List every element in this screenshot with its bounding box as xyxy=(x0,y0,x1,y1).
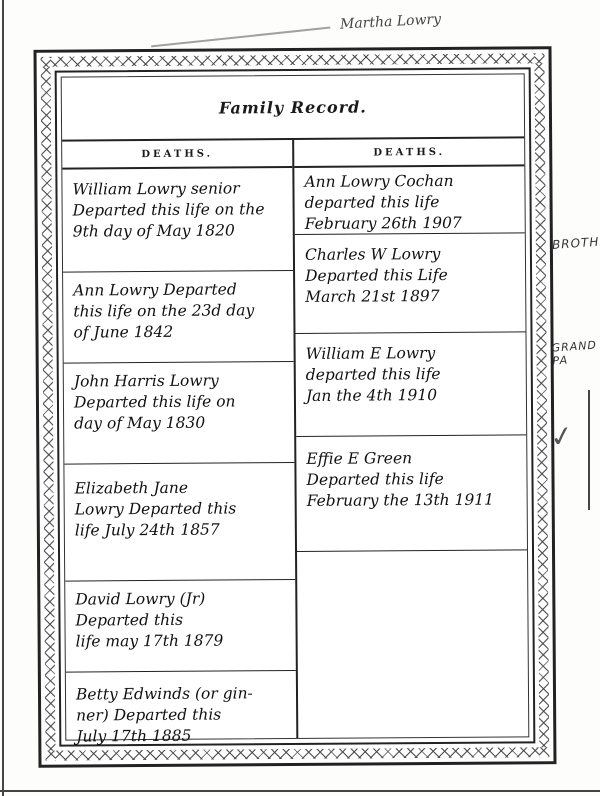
entry-line: day of May 1830 xyxy=(74,412,286,434)
entry-line: Departed this life on xyxy=(74,391,286,413)
adjacent-page-edge xyxy=(588,390,600,510)
entry-line: of June 1842 xyxy=(73,321,285,343)
entry-line: life July 24th 1857 xyxy=(75,519,287,541)
entry-line: Betty Edwinds (or gin- xyxy=(76,683,288,705)
entry-line: Ann Lowry Cochan xyxy=(304,170,516,192)
entry-line: Jan the 4th 1910 xyxy=(306,384,518,406)
death-entry: Ann Lowry Departed this life on the 23d … xyxy=(63,271,294,364)
record-columns: DEATHS. William Lowry senior Departed th… xyxy=(62,138,528,739)
death-entry: William E Lowry departed this life Jan t… xyxy=(295,332,526,437)
crossed-out-annotation xyxy=(150,13,331,48)
record-title: Family Record. xyxy=(62,74,524,141)
family-record-frame: Family Record. DEATHS. William Lowry sen… xyxy=(34,46,557,768)
entry-line: William E Lowry xyxy=(306,342,518,364)
entry-line: Charles W Lowry xyxy=(305,243,517,265)
margin-note-grandpa: GRAND PA xyxy=(551,338,600,367)
death-entry: Charles W Lowry Departed this Life March… xyxy=(295,233,526,334)
death-entry: Effie E Green Departed this life Februar… xyxy=(296,435,527,552)
record-panel: Family Record. DEATHS. William Lowry sen… xyxy=(55,67,536,746)
entry-line: March 21st 1897 xyxy=(305,285,517,307)
death-entry: William Lowry senior Departed this life … xyxy=(62,168,293,273)
entry-line: ner) Departed this xyxy=(76,704,288,726)
checkmark-icon: ✓ xyxy=(547,418,576,455)
death-entry: David Lowry (Jr) Departed this life may … xyxy=(65,580,296,673)
entry-line: February 26th 1907 xyxy=(305,212,517,234)
entry-line: John Harris Lowry xyxy=(74,370,286,392)
entry-line: February the 13th 1911 xyxy=(307,489,519,511)
entry-line: departed this life xyxy=(306,363,518,385)
entry-line: July 17th 1885 xyxy=(76,725,288,747)
entry-line: David Lowry (Jr) xyxy=(75,588,287,610)
record-inner-panel: Family Record. DEATHS. William Lowry sen… xyxy=(61,73,530,740)
entry-line: 9th day of May 1820 xyxy=(73,220,285,242)
entry-line: Departed this life xyxy=(306,468,518,490)
top-annotation: Martha Lowry xyxy=(340,11,442,32)
column-header: DEATHS. xyxy=(294,138,524,168)
deaths-column-left: DEATHS. William Lowry senior Departed th… xyxy=(62,140,298,740)
margin-note-brother: BROTHE xyxy=(552,234,600,252)
entry-line: departed this life xyxy=(305,191,517,213)
death-entry: John Harris Lowry Departed this life on … xyxy=(64,362,295,465)
entry-line: Lowry Departed this xyxy=(75,498,287,520)
column-header: DEATHS. xyxy=(62,140,292,170)
entry-line: Elizabeth Jane xyxy=(74,477,286,499)
scan-left-edge xyxy=(2,0,4,796)
entry-line: this life on the 23d day xyxy=(73,300,285,322)
entry-line: Departed this life on the xyxy=(73,199,285,221)
deaths-column-right: DEATHS. Ann Lowry Cochan departed this l… xyxy=(294,138,528,738)
entry-line: life may 17th 1879 xyxy=(76,630,288,652)
scan-bottom-edge xyxy=(0,790,600,792)
death-entry: Ann Lowry Cochan departed this life Febr… xyxy=(294,166,524,235)
entry-line: Departed this Life xyxy=(305,264,517,286)
entry-line: Ann Lowry Departed xyxy=(73,279,285,301)
entry-line: William Lowry senior xyxy=(72,178,284,200)
entry-line: Effie E Green xyxy=(306,447,518,469)
death-entry: Betty Edwinds (or gin- ner) Departed thi… xyxy=(66,671,297,752)
entry-line: Departed this xyxy=(75,609,287,631)
death-entry: Elizabeth Jane Lowry Departed this life … xyxy=(64,463,295,582)
